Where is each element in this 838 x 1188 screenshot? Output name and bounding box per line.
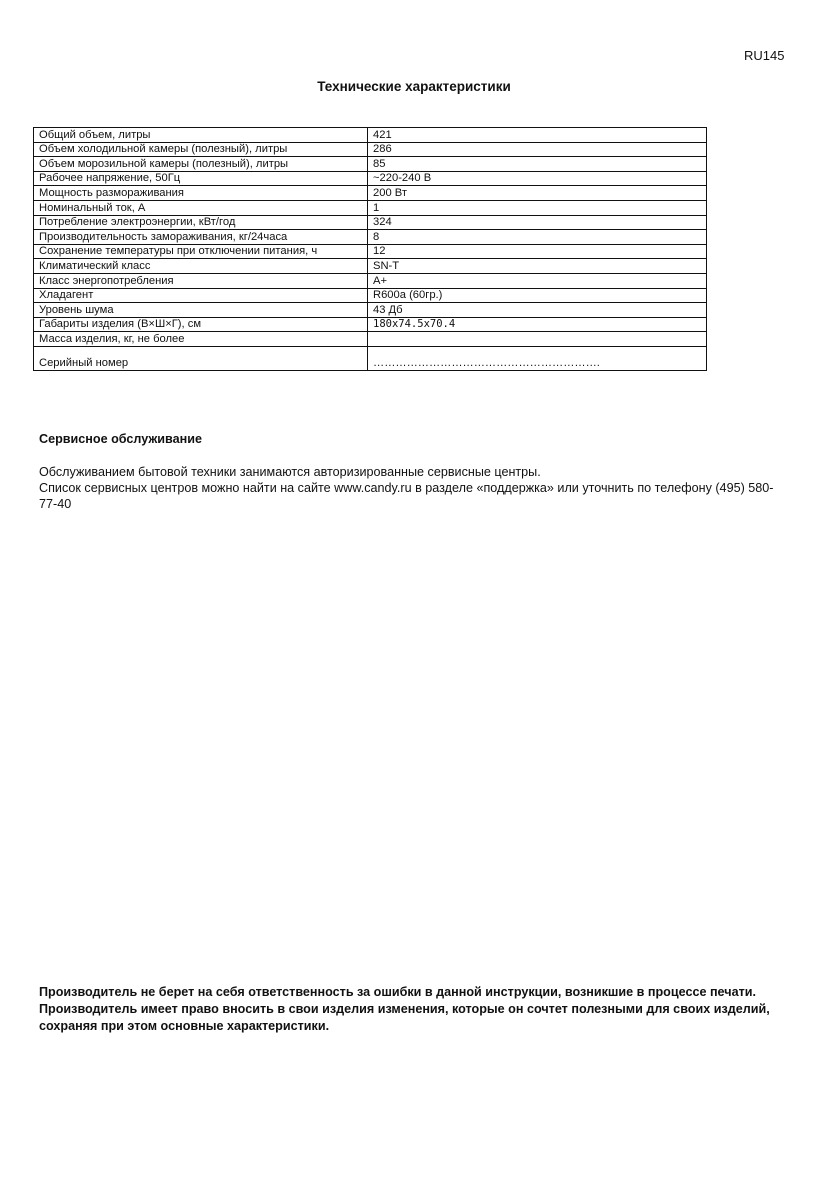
spec-label: Масса изделия, кг, не более bbox=[34, 332, 368, 347]
spec-value: 1 bbox=[368, 200, 707, 215]
spec-value bbox=[368, 332, 707, 347]
page-title: Технические характеристики bbox=[0, 79, 828, 94]
table-row: Класс энергопотребленияA+ bbox=[34, 273, 707, 288]
table-row: ХладагентR600a (60гр.) bbox=[34, 288, 707, 303]
table-row: Серийный номер……………………………………………………. bbox=[34, 346, 707, 370]
disclaimer-text: Производитель не берет на себя ответстве… bbox=[39, 984, 779, 1035]
spec-label: Объем морозильной камеры (полезный), лит… bbox=[34, 157, 368, 172]
spec-value: 286 bbox=[368, 142, 707, 157]
table-row: Объем морозильной камеры (полезный), лит… bbox=[34, 157, 707, 172]
table-row: Сохранение температуры при отключении пи… bbox=[34, 244, 707, 259]
service-text-line-2: Список сервисных центров можно найти на … bbox=[39, 480, 779, 512]
spec-value: 324 bbox=[368, 215, 707, 230]
page-number: RU145 bbox=[744, 48, 784, 63]
spec-value: 421 bbox=[368, 128, 707, 143]
spec-label: Номинальный ток, А bbox=[34, 200, 368, 215]
spec-label: Сохранение температуры при отключении пи… bbox=[34, 244, 368, 259]
table-row: Производительность замораживания, кг/24ч… bbox=[34, 230, 707, 245]
spec-value: A+ bbox=[368, 273, 707, 288]
service-text-line-1: Обслуживанием бытовой техники занимаются… bbox=[39, 464, 779, 480]
spec-value: 200 Вт bbox=[368, 186, 707, 201]
spec-label: Общий объем, литры bbox=[34, 128, 368, 143]
spec-label: Габариты изделия (В×Ш×Г), см bbox=[34, 317, 368, 332]
spec-label: Потребление электроэнергии, кВт/год bbox=[34, 215, 368, 230]
spec-value: 43 Дб bbox=[368, 303, 707, 318]
table-row: Габариты изделия (В×Ш×Г), см180x74.5x70.… bbox=[34, 317, 707, 332]
spec-label: Класс энергопотребления bbox=[34, 273, 368, 288]
table-row: Климатический классSN-T bbox=[34, 259, 707, 274]
table-row: Потребление электроэнергии, кВт/год324 bbox=[34, 215, 707, 230]
table-row: Уровень шума43 Дб bbox=[34, 303, 707, 318]
table-row: Мощность размораживания200 Вт bbox=[34, 186, 707, 201]
service-section-title: Сервисное обслуживание bbox=[39, 432, 202, 446]
spec-value: 8 bbox=[368, 230, 707, 245]
serial-number-field: ……………………………………………………. bbox=[368, 346, 707, 370]
table-row: Масса изделия, кг, не более bbox=[34, 332, 707, 347]
spec-value: R600a (60гр.) bbox=[368, 288, 707, 303]
spec-label: Мощность размораживания bbox=[34, 186, 368, 201]
service-section-body: Обслуживанием бытовой техники занимаются… bbox=[39, 464, 779, 512]
table-row: Общий объем, литры421 bbox=[34, 128, 707, 143]
spec-value: 180x74.5x70.4 bbox=[368, 317, 707, 332]
spec-label: Серийный номер bbox=[34, 346, 368, 370]
spec-label: Климатический класс bbox=[34, 259, 368, 274]
specifications-table: Общий объем, литры421 Объем холодильной … bbox=[33, 127, 707, 371]
spec-label: Рабочее напряжение, 50Гц bbox=[34, 171, 368, 186]
table-row: Рабочее напряжение, 50Гц~220-240 В bbox=[34, 171, 707, 186]
spec-label: Объем холодильной камеры (полезный), лит… bbox=[34, 142, 368, 157]
spec-value: 85 bbox=[368, 157, 707, 172]
spec-label: Хладагент bbox=[34, 288, 368, 303]
spec-value: 12 bbox=[368, 244, 707, 259]
table-row: Номинальный ток, А1 bbox=[34, 200, 707, 215]
table-row: Объем холодильной камеры (полезный), лит… bbox=[34, 142, 707, 157]
spec-label: Уровень шума bbox=[34, 303, 368, 318]
spec-value: ~220-240 В bbox=[368, 171, 707, 186]
spec-value: SN-T bbox=[368, 259, 707, 274]
spec-label: Производительность замораживания, кг/24ч… bbox=[34, 230, 368, 245]
